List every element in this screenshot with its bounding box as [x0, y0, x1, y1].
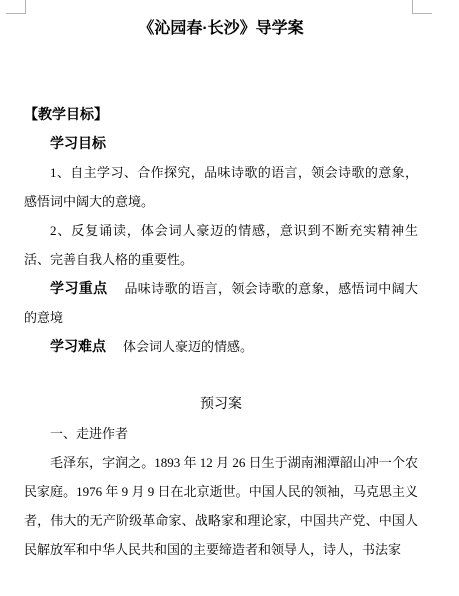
author-section-heading: 一、走进作者	[24, 419, 418, 448]
teaching-goals-heading: 【教学目标】	[24, 100, 418, 129]
margin-crop-mark-top-right-vertical	[412, 0, 413, 13]
study-difficulty-paragraph: 学习难点体会词人豪迈的情感。	[24, 332, 418, 361]
document-title: 《沁园春·长沙》导学案	[24, 14, 418, 43]
goal-item-1: 1、自主学习、合作探究，品味诗歌的语言，领会诗歌的意象，感悟词中阔大的意境。	[24, 158, 418, 216]
study-goals-heading: 学习目标	[24, 129, 418, 158]
document-content: 《沁园春·长沙》导学案 【教学目标】 学习目标 1、自主学习、合作探究，品味诗歌…	[24, 14, 418, 564]
blank-line	[24, 361, 418, 390]
study-difficulty-text: 体会词人豪迈的情感。	[123, 339, 253, 354]
study-focus-paragraph: 学习重点品味诗歌的语言，领会诗歌的意象，感悟词中阔大的意境	[24, 274, 418, 332]
preview-section-heading: 预习案	[24, 390, 418, 419]
document-page: 《沁园春·长沙》导学案 【教学目标】 学习目标 1、自主学习、合作探究，品味诗歌…	[0, 0, 459, 596]
study-focus-label: 学习重点	[50, 280, 107, 296]
goal-item-2: 2、反复诵读，体会词人豪迈的情感，意识到不断充实精神生活、完善自我人格的重要性。	[24, 216, 418, 274]
author-bio-paragraph: 毛泽东，字润之。1893 年 12 月 26 日生于湖南湘潭韶山冲一个农民家庭。…	[24, 448, 418, 564]
study-difficulty-label: 学习难点	[50, 338, 106, 354]
margin-crop-mark-top-left-horizontal	[6, 13, 26, 14]
margin-crop-mark-top-left-vertical	[25, 0, 26, 13]
